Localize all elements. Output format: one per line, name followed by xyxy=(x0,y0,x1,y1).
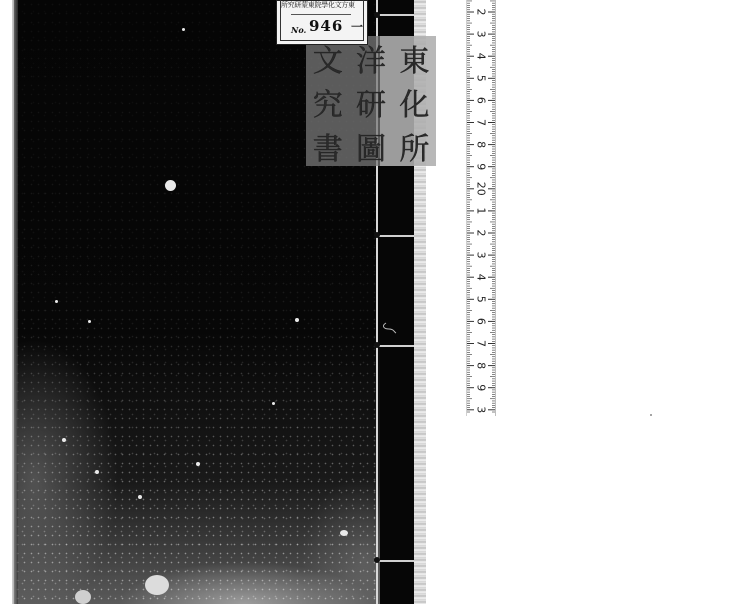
binding-stitch xyxy=(377,14,415,16)
cover-blemish xyxy=(62,438,66,442)
svg-text:5: 5 xyxy=(475,75,488,82)
cover-blemish xyxy=(295,318,299,322)
svg-text:2: 2 xyxy=(475,230,488,237)
svg-text:8: 8 xyxy=(475,362,488,369)
cover-blemish xyxy=(196,462,200,466)
svg-text:6: 6 xyxy=(475,318,488,325)
seal-character: 書 xyxy=(306,124,349,168)
binding-stitch xyxy=(377,560,415,562)
library-catalog-label: 所究研蒙東院學化文方東 No. 946 一 xyxy=(276,0,368,45)
svg-text:7: 7 xyxy=(475,340,488,347)
library-seal-text: 東 洋 文 化 研 究 所 圖 書 xyxy=(306,36,436,166)
scan-viewer: 東 洋 文 化 研 究 所 圖 書 所究研蒙東院學化文方東 No. 946 一 … xyxy=(0,0,750,604)
svg-text:20: 20 xyxy=(475,182,488,196)
thread-squiggle xyxy=(380,322,398,334)
stitch-knot xyxy=(374,12,380,18)
cover-blemish xyxy=(182,28,185,31)
cover-left-edge xyxy=(12,0,18,604)
svg-text:9: 9 xyxy=(475,384,488,391)
svg-text:2: 2 xyxy=(475,9,488,16)
seal-character: 究 xyxy=(306,80,349,124)
seal-character: 圖 xyxy=(349,124,392,168)
binding-stitch xyxy=(377,235,415,237)
binding-stitch xyxy=(377,345,415,347)
svg-text:3: 3 xyxy=(475,406,488,413)
cover-blemish xyxy=(95,470,99,474)
seal-character: 化 xyxy=(393,80,436,124)
label-volume-mark: 一 xyxy=(351,18,363,35)
cover-blemish xyxy=(75,590,91,604)
label-number-prefix: No. xyxy=(291,25,306,35)
cover-blemish xyxy=(145,575,169,595)
svg-text:6: 6 xyxy=(475,97,488,104)
svg-text:9: 9 xyxy=(475,163,488,170)
label-divider xyxy=(291,14,351,15)
stitch-knot xyxy=(374,232,380,238)
svg-text:1: 1 xyxy=(475,207,488,214)
stitch-knot xyxy=(374,342,380,348)
seal-character: 東 xyxy=(393,36,436,80)
cover-blemish xyxy=(340,530,348,536)
seal-character: 所 xyxy=(393,124,436,168)
measurement-ruler: 23456789201234567893 xyxy=(466,0,496,416)
stitch-knot xyxy=(374,557,380,563)
svg-text:3: 3 xyxy=(475,31,488,38)
label-institution-text: 所究研蒙東院學化文方東 xyxy=(281,1,361,9)
seal-character: 研 xyxy=(349,80,392,124)
cover-blemish xyxy=(138,495,142,499)
scan-speck xyxy=(650,414,652,416)
svg-text:8: 8 xyxy=(475,141,488,148)
svg-text:4: 4 xyxy=(475,274,488,281)
svg-text:3: 3 xyxy=(475,252,488,259)
label-catalog-number: 946 xyxy=(309,17,343,35)
ruler-ticks: 23456789201234567893 xyxy=(467,0,495,416)
svg-text:7: 7 xyxy=(475,119,488,126)
svg-text:4: 4 xyxy=(475,53,488,60)
cover-blemish xyxy=(88,320,91,323)
cover-blemish xyxy=(165,180,176,191)
svg-text:5: 5 xyxy=(475,296,488,303)
cover-blemish xyxy=(272,402,275,405)
cover-blemish xyxy=(55,300,58,303)
